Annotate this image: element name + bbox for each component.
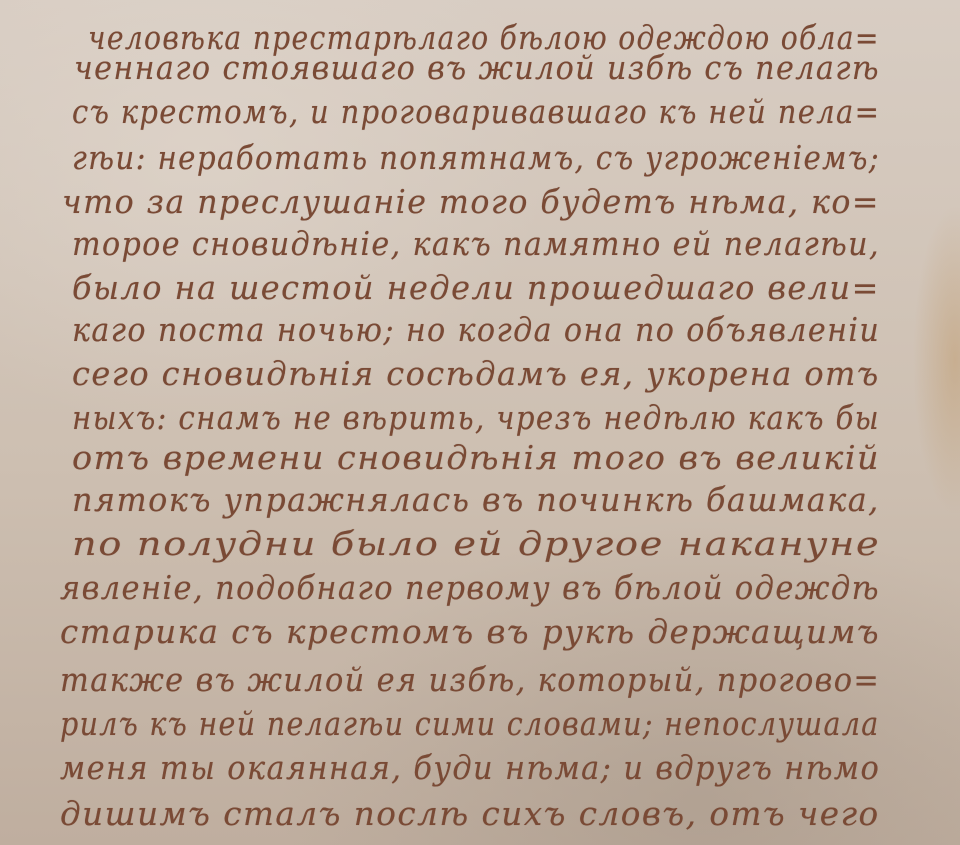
line-text: дишимъ сталъ послѣ сихъ словъ, отъ чего <box>60 784 880 844</box>
manuscript-page: человѣка престарѣлаго бѣлою одеждою обла… <box>0 0 960 845</box>
manuscript-line-19: дишимъ сталъ послѣ сихъ словъ, отъ чего <box>60 784 960 844</box>
